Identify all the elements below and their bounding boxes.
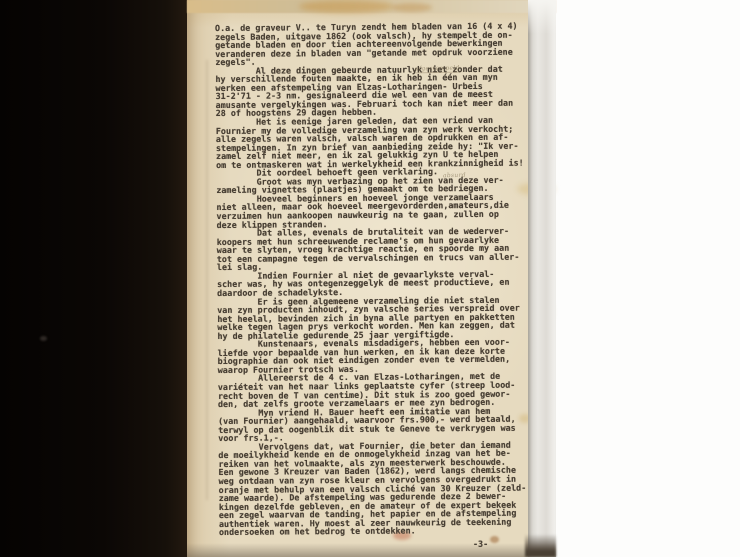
typed-line: tot een campagne tegen de vervalschingen…	[217, 252, 539, 263]
paper-bottom-shadow	[187, 543, 556, 557]
photo-of-document: O.a. de graveur V.. te Turyn zendt hem b…	[0, 0, 740, 557]
document-page: O.a. de graveur V.. te Turyn zendt hem b…	[187, 0, 556, 557]
pencil-annotation: absurd	[443, 172, 466, 179]
stain	[490, 536, 499, 543]
stain	[392, 3, 432, 12]
typed-text-body: O.a. de graveur V.. te Turyn zendt hem b…	[215, 21, 541, 536]
curled-page-edge	[528, 0, 556, 557]
backdrop-speck	[40, 336, 47, 341]
stain	[299, 0, 394, 13]
pencil-annotation: afgestempeld	[415, 65, 460, 74]
paper-crease	[206, 60, 208, 500]
typed-line: veranderen deze in bladen van "getande m…	[215, 47, 537, 58]
page-edge-bottom-shadow	[525, 534, 556, 557]
page-edge-highlight	[528, 0, 556, 34]
dark-backdrop	[0, 0, 188, 557]
